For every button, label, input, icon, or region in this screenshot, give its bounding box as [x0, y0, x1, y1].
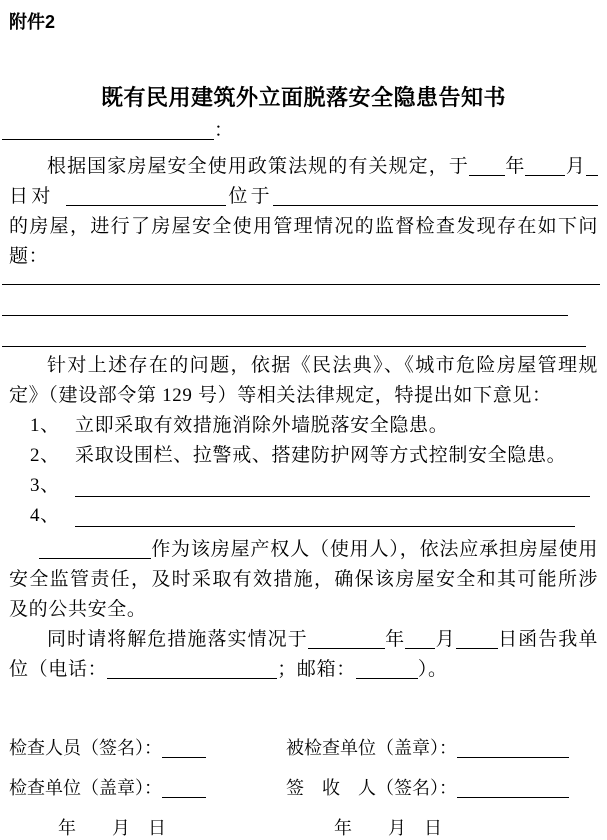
p4-text-4: ）。 — [418, 659, 448, 680]
date-right: 年 月 日 — [286, 809, 598, 840]
reply-year-blank — [308, 628, 385, 649]
p1-text-2: 的房屋，进行了房屋安全使用管理情况的监督检查发现存在如下问题： — [9, 216, 598, 267]
paragraph-legal-basis: 针对上述存在的问题，依据《民法典》、《城市危险房屋管理规定》（建设部令第 129… — [9, 351, 598, 411]
owner-name-blank — [66, 185, 226, 206]
inspecting-unit-label: 检查单位（盖章）： — [9, 778, 162, 798]
item-2-number: 2、 — [30, 441, 75, 471]
salutation-line: ： — [9, 118, 598, 144]
reply-month-blank — [405, 628, 435, 649]
phone-blank — [107, 658, 277, 679]
paragraph-responsibility: 作为该房屋产权人（使用人），依法应承担房屋使用安全监管责任，及时采取有效措施，确… — [9, 535, 598, 625]
inspecting-unit-row: 检查单位（盖章）： — [9, 769, 286, 807]
p1-year-label: 年 — [505, 156, 526, 177]
date-left: 年 月 日 — [9, 809, 286, 840]
problem-writein-area — [2, 272, 598, 347]
owner-lead-blank — [39, 538, 151, 559]
signature-block: 检查人员（签名）： 被检查单位（盖章）： 检查单位（盖章）： 签 收 人（签名）… — [9, 729, 598, 840]
inspected-unit-row: 被检查单位（盖章）： — [286, 729, 598, 767]
document-title: 既有民用建筑外立面脱落安全隐患告知书 — [9, 84, 598, 112]
p1-month-label: 月 — [565, 156, 586, 177]
p1-text-1: 根据国家房屋安全使用政策法规的有关规定，于 — [47, 156, 469, 177]
inspector-signature-row: 检查人员（签名）： — [9, 729, 286, 767]
opinion-item-4: 4、 — [9, 501, 598, 531]
reply-day-blank — [456, 628, 498, 649]
p4-year-label: 年 — [385, 629, 405, 650]
addressee-blank — [2, 119, 214, 140]
item-3-number: 3、 — [30, 471, 75, 501]
paragraph-inspection: 根据国家房屋安全使用政策法规的有关规定，于年月日对位于的房屋，进行了房屋安全使用… — [9, 152, 598, 272]
writein-line-3 — [2, 316, 586, 347]
inspector-label: 检查人员（签名）： — [9, 738, 162, 758]
p1-day-label: 日对 — [9, 186, 54, 207]
opinion-item-3: 3、 — [9, 471, 598, 501]
salutation-colon: ： — [214, 120, 233, 141]
receiver-signature-blank — [457, 779, 569, 798]
item-4-blank — [75, 501, 575, 527]
inspected-unit-label: 被检查单位（盖章）： — [286, 738, 457, 758]
opinion-item-1: 1、 立即采取有效措施消除外墙脱落安全隐患。 — [9, 411, 598, 441]
email-blank — [356, 658, 418, 679]
opinion-item-2: 2、 采取设围栏、拉警戒、搭建防护网等方式控制安全隐患。 — [9, 441, 598, 471]
inspection-day-blank — [586, 155, 598, 176]
attachment-label: 附件2 — [9, 8, 598, 34]
p4-month-label: 月 — [435, 629, 455, 650]
p4-text-1: 同时请将解危措施落实情况于 — [47, 629, 308, 650]
inspecting-unit-seal-blank — [162, 779, 206, 798]
inspected-unit-seal-blank — [457, 739, 569, 758]
inspection-month-blank — [525, 155, 565, 176]
p4-text-3: ；邮箱： — [277, 659, 356, 680]
receiver-label: 签 收 人（签名）： — [286, 778, 457, 798]
inspector-signature-blank — [162, 739, 206, 758]
item-1-number: 1、 — [30, 411, 75, 441]
item-4-number: 4、 — [30, 501, 75, 531]
inspection-year-blank — [469, 155, 505, 176]
writein-line-1 — [2, 272, 600, 285]
document-page: 附件2 既有民用建筑外立面脱落安全隐患告知书 ： 根据国家房屋安全使用政策法规的… — [0, 0, 607, 840]
item-1-text: 立即采取有效措施消除外墙脱落安全隐患。 — [75, 411, 598, 441]
address-blank — [273, 185, 598, 206]
paragraph-reply: 同时请将解危措施落实情况于年月日函告我单位（电话：；邮箱：）。 — [9, 625, 598, 685]
p1-located-label: 位于 — [226, 186, 273, 207]
item-2-text: 采取设围栏、拉警戒、搭建防护网等方式控制安全隐患。 — [75, 441, 598, 471]
receiver-row: 签 收 人（签名）： — [286, 769, 598, 807]
item-3-blank — [75, 471, 590, 497]
writein-line-2 — [2, 285, 568, 316]
